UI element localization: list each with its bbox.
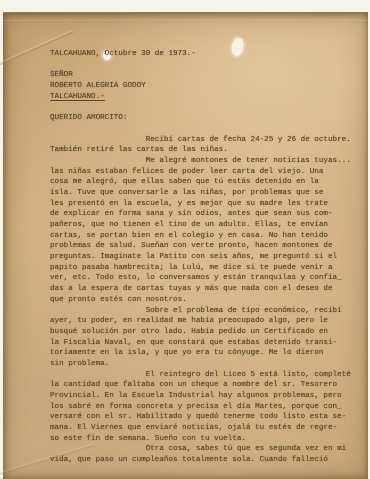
scanned-letter: TALCAHUANO, Octubre 30 de 1973.- SEÑOR R… (0, 0, 370, 479)
letter-line: Provincial. En la Escuela Industrial hay… (50, 391, 370, 402)
letter-line: Me alegré montones de tener noticias tuy… (50, 156, 370, 167)
letter-line: de explicar en forma sana y sin odios, a… (50, 209, 370, 220)
letter-line: isla. Tuve que conversarle a las niñas, … (50, 188, 370, 199)
letter-line: toriamente en la isla, y que yo era tu c… (50, 348, 370, 359)
letter-line: que pronto estés con nosotros. (50, 295, 370, 306)
letter-line: ver, etc. Todo esto, lo conversamos y es… (50, 273, 370, 284)
letter-line: busqué solución por otro lado. Había ped… (50, 327, 370, 338)
recipient-city: TALCAHUANO.- (50, 92, 370, 103)
blank-line (50, 124, 370, 135)
letter-line: preguntas. Imagínate la Patito con seis … (50, 252, 370, 263)
recipient-name: ROBERTO ALEGRIA GODOY (50, 81, 370, 92)
letter-line: vida, que paso un cumpleaños totalmente … (50, 455, 370, 466)
letter-line: cosa me alegró, que ellas saben que tú e… (50, 177, 370, 188)
recipient-title: SEÑOR (50, 70, 370, 81)
letter-line: das a la espera de cartas tuyas y más qu… (50, 284, 370, 295)
letter-line: versaré con el sr. Habilitado y quedó te… (50, 412, 370, 423)
letter-line: El reintegro del Liceo 5 está listo, com… (50, 370, 370, 381)
letter-body: TALCAHUANO, Octubre 30 de 1973.- SEÑOR R… (0, 0, 370, 466)
recipient-city-underlined: TALCAHUANO.- (50, 93, 105, 101)
letter-line: papito pasaba hambrecita; la Lulú, me di… (50, 263, 370, 274)
letter-line: sin problema. (50, 359, 370, 370)
letter-line: Sobre el problema de tipo económico, rec… (50, 306, 370, 317)
blank-line (50, 102, 370, 113)
letter-line: las niñas estaban felices de poder leer … (50, 167, 370, 178)
letter-line: la Fiscalía Naval, en que constará que e… (50, 338, 370, 349)
letter-line: les presentó en la escuela, y es mejor q… (50, 199, 370, 210)
letter-line: mana. El Viernes que enviaré noticias, o… (50, 423, 370, 434)
letter-line: cartas, se portan bien en el colegio y e… (50, 231, 370, 242)
letter-line: ayer, tu poder, en realidad me había pre… (50, 316, 370, 327)
letter-line: so este fin de semana. Sueño con tu vuel… (50, 434, 370, 445)
place-date-line: TALCAHUANO, Octubre 30 de 1973.- (50, 49, 370, 60)
letter-line: los sabré en forma concreta y precisa el… (50, 402, 370, 413)
salutation: QUERIDO AMORCITO: (50, 113, 370, 124)
letter-line: Recibí cartas de fecha 24-25 y 26 de oct… (50, 135, 370, 146)
letter-line: la cantidad que faltaba con un cheque a … (50, 380, 370, 391)
letter-line: problemas de salud. Sueñan con verte pro… (50, 241, 370, 252)
blank-line (50, 60, 370, 71)
letter-line: Otra cosa, sabes tú que es segunda vez e… (50, 444, 370, 455)
letter-line: pañeros, que no tienen el tino de un adu… (50, 220, 370, 231)
letter-line: También retiré las cartas de las niñas. (50, 145, 370, 156)
